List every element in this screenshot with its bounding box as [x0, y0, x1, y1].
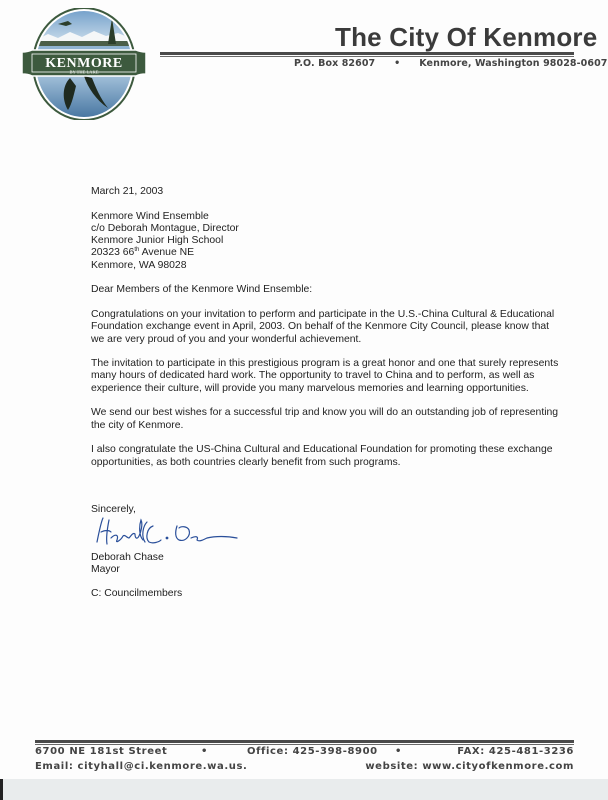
recipient-address: Kenmore Wind Ensemble c/o Deborah Montag…: [91, 211, 561, 272]
signer-title: Mayor: [91, 564, 164, 576]
footer-web-row: Email: cityhall@ci.kenmore.wa.us. websit…: [35, 761, 574, 775]
footer-fax: FAX: 425-481-3236: [457, 746, 574, 757]
signer-name: Deborah Chase: [91, 552, 164, 564]
paragraph: I also congratulate the US-China Cultura…: [91, 444, 561, 469]
footer-contact-row: 6700 NE 181st Street • Office: 425-398-8…: [35, 746, 574, 760]
footer-office-phone: Office: 425-398-8900: [247, 746, 378, 757]
city-state-zip: Kenmore, Washington 98028-0607: [419, 58, 607, 69]
signature-icon: [91, 512, 241, 552]
recipient-line: Kenmore, WA 98028: [91, 260, 561, 272]
separator: •: [375, 58, 419, 69]
recipient-line: 20323 66th Avenue NE: [91, 247, 561, 259]
paragraph: Congratulations on your invitation to pe…: [91, 309, 561, 346]
letter-body: March 21, 2003 Kenmore Wind Ensemble c/o…: [91, 186, 561, 481]
paragraph: We send our best wishes for a successful…: [91, 407, 561, 432]
footer-rule: [35, 740, 574, 743]
svg-text:BY THE LAKE: BY THE LAKE: [70, 70, 99, 75]
header-rule-thin: [160, 56, 574, 57]
scan-edge: [0, 779, 3, 800]
po-box: P.O. Box 82607: [294, 58, 375, 69]
letter-date: March 21, 2003: [91, 186, 561, 198]
recipient-line: Kenmore Wind Ensemble: [91, 211, 561, 223]
separator: •: [201, 746, 208, 757]
header-rule: [160, 52, 574, 55]
footer-address: 6700 NE 181st Street: [35, 746, 167, 757]
street-name: Avenue NE: [139, 247, 194, 258]
letterhead-title: The City Of Kenmore: [335, 22, 597, 53]
footer-website[interactable]: website: www.cityofkenmore.com: [365, 761, 574, 772]
kenmore-logo-icon: KENMORE BY THE LAKE: [18, 8, 150, 120]
signer-block: Deborah Chase Mayor: [91, 552, 164, 577]
recipient-line: Kenmore Junior High School: [91, 235, 561, 247]
footer-email[interactable]: Email: cityhall@ci.kenmore.wa.us.: [35, 761, 247, 772]
recipient-line: c/o Deborah Montague, Director: [91, 223, 561, 235]
salutation: Dear Members of the Kenmore Wind Ensembl…: [91, 284, 561, 296]
letterhead-address: P.O. Box 82607•Kenmore, Washington 98028…: [294, 58, 608, 69]
cc-line: C: Councilmembers: [91, 588, 182, 599]
paragraph: The invitation to participate in this pr…: [91, 358, 561, 395]
footer-rule-thin: [35, 744, 574, 745]
street-number: 20323 66: [91, 247, 134, 258]
separator: •: [395, 746, 402, 757]
